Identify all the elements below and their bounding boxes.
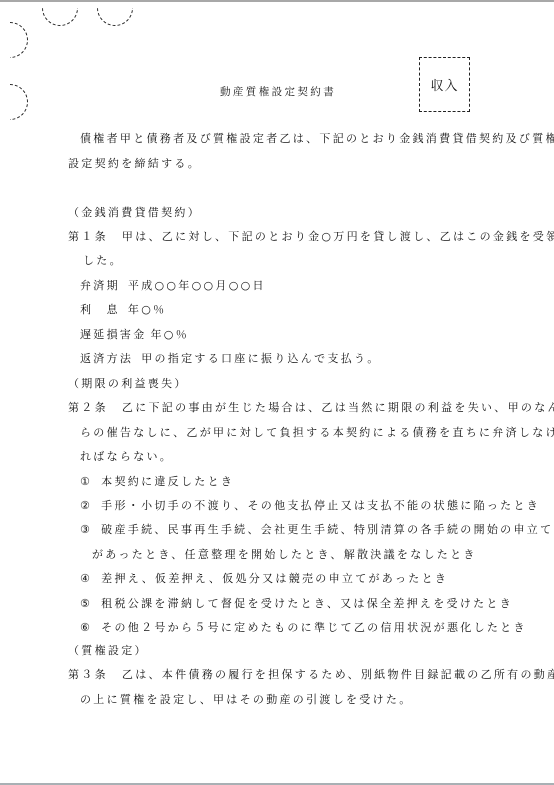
term-value: 年○％ [151, 328, 190, 341]
preamble-line: 設定契約を締結する。 [68, 157, 201, 171]
stamp-label: 収入 [430, 75, 458, 94]
term-row: 弁済期平成○○年○○月○○日 [80, 279, 266, 293]
list-item: ⑥その他２号から５号に定めたものに準じて乙の信用状況が悪化したとき [80, 621, 527, 635]
item-number: ⑤ [80, 597, 92, 611]
list-item: ③破産手続、民事再生手続、会社更生手続、特別清算の各手続の開始の申立て [80, 523, 553, 537]
document-title: 動産質権設定契約書 [220, 84, 336, 99]
term-value: 平成○○年○○月○○日 [128, 279, 266, 292]
article-text: 乙は、本件債務の履行を担保するため、別紙物件目録記載の乙所有の動産 [122, 668, 554, 681]
article-label: 第１条 [68, 230, 108, 243]
term-label: 遅延損害金 [80, 328, 147, 341]
article-text: 乙に下記の事由が生じた場合は、乙は当然に期限の利益を失い、甲のなん [122, 401, 554, 414]
item-number: ⑥ [80, 621, 92, 635]
article-label: 第２条 [68, 401, 108, 414]
item-number: ③ [80, 523, 92, 537]
punch-hole-mark [0, 22, 28, 58]
list-item: ④差押え、仮差押え、仮処分又は競売の申立てがあったとき [80, 572, 448, 586]
item-text: 手形・小切手の不渡り、その他支払停止又は支払不能の状態に陥ったとき [101, 499, 540, 512]
article-continuation: した。 [83, 254, 123, 268]
punch-hole-mark [42, 0, 78, 26]
term-label: 返済方法 [80, 352, 133, 365]
preamble-line: 債権者甲と債務者及び質権設定者乙は、下記のとおり金銭消費貸借契約及び質権 [80, 132, 554, 146]
article-continuation: ればならない。 [80, 450, 173, 464]
term-label: 利 息 [80, 303, 120, 316]
article-line: 第１条甲は、乙に対し、下記のとおり金○万円を貸し渡し、乙はこの金銭を受領 [68, 230, 554, 244]
revenue-stamp-box: 収入 [419, 57, 470, 112]
item-number: ② [80, 499, 92, 513]
term-row: 返済方法甲の指定する口座に振り込んで支払う。 [80, 352, 381, 366]
article-line: 第２条乙に下記の事由が生じた場合は、乙は当然に期限の利益を失い、甲のなん [68, 401, 554, 415]
term-label: 弁済期 [80, 279, 120, 292]
term-row: 遅延損害金年○％ [80, 328, 189, 342]
item-text: 本契約に違反したとき [101, 475, 234, 488]
article-label: 第３条 [68, 668, 108, 681]
item-text: 租税公課を滞納して督促を受けたとき、又は保全差押えを受けたとき [101, 597, 513, 610]
section-heading: （期限の利益喪失） [68, 377, 188, 391]
list-item: ⑤租税公課を滞納して督促を受けたとき、又は保全差押えを受けたとき [80, 597, 513, 611]
punch-hole-mark [97, 0, 133, 26]
article-text: 甲は、乙に対し、下記のとおり金○万円を貸し渡し、乙はこの金銭を受領 [122, 230, 554, 243]
list-item-continuation: があったとき、任意整理を開始したとき、解散決議をなしたとき [92, 548, 477, 562]
item-number: ① [80, 475, 92, 489]
item-text: その他２号から５号に定めたものに準じて乙の信用状況が悪化したとき [101, 621, 527, 634]
article-continuation: らの催告なしに、乙が甲に対して負担する本契約による債務を直ちに弁済しなけ [80, 426, 554, 440]
term-value: 年○％ [128, 303, 167, 316]
section-heading: （質権設定） [68, 644, 148, 658]
item-text: 差押え、仮差押え、仮処分又は競売の申立てがあったとき [101, 572, 448, 585]
list-item: ①本契約に違反したとき [80, 475, 234, 489]
document-page: 動産質権設定契約書 収入 債権者甲と債務者及び質権設定者乙は、下記のとおり金銭消… [0, 0, 554, 785]
section-heading: （金銭消費貸借契約） [68, 206, 201, 220]
item-text: 破産手続、民事再生手続、会社更生手続、特別清算の各手続の開始の申立て [101, 523, 553, 536]
list-item: ②手形・小切手の不渡り、その他支払停止又は支払不能の状態に陥ったとき [80, 499, 540, 513]
punch-hole-mark [0, 84, 28, 120]
term-row: 利 息年○％ [80, 303, 166, 317]
term-value: 甲の指定する口座に振り込んで支払う。 [141, 352, 380, 365]
article-line: 第３条乙は、本件債務の履行を担保するため、別紙物件目録記載の乙所有の動産 [68, 668, 554, 682]
item-number: ④ [80, 572, 92, 586]
article-continuation: の上に質権を設定し、甲はその動産の引渡しを受けた。 [80, 693, 413, 707]
